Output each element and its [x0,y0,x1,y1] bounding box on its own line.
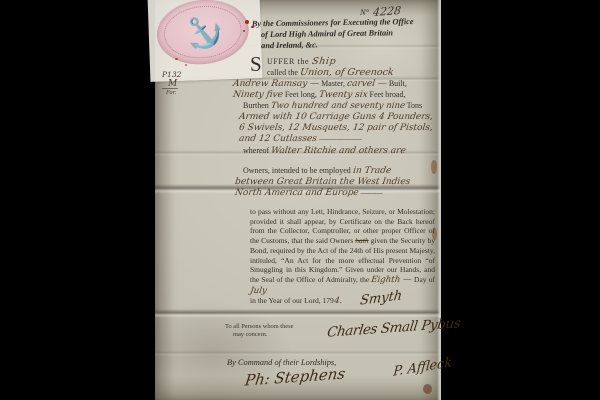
employed-line-2: between Great Britain the West Indies [235,177,410,187]
employed-fill-2: between Great Britain the West Indies [234,177,411,187]
length-label: Feet long, [285,90,317,99]
secretary-signature: Ph: Stephens [244,364,347,389]
called-the: called the [267,68,298,77]
dimensions-line: Ninety five Feet long, Twenty six Feet b… [233,90,406,100]
armed-text-1: Armed with 10 Carriage Guns 4 Pounders, [238,112,433,122]
ink-stain [423,384,432,394]
suffer-word: UFFER [267,57,295,66]
to-all-persons-note: To all Persons whom these may concern. [225,323,293,340]
day-fill: Eighth — [371,276,413,286]
employed-fill-3: North America and Europe [234,188,359,198]
day-of-label: Day of [414,275,435,284]
fold-crease [155,350,440,356]
breadth-fill: Twenty six [318,90,368,100]
owners-line: Owners, intended to be employed in Trade [243,166,391,176]
suffer-dropcap: S [250,54,262,75]
owners-label: Owners, intended to be employed [243,166,351,175]
commissioners-heading: By the Commissioners for Executing the O… [252,17,440,52]
red-wax-spot [243,30,245,32]
master-line: Andrew Ramsay — Master, carvel — Built, [233,79,407,89]
suffer-the: the [298,57,310,66]
armament-line-1: Armed with 10 Carriage Guns 4 Pounders, [239,112,433,122]
blank-rule: —————— [319,134,361,143]
heading-line-3: and Ireland, &c. [252,38,440,51]
year-fill: 4. [333,297,343,307]
owners-fill: Walter Ritchie and others are [271,146,407,156]
number-label: N° [360,7,369,17]
called-line: called the Union, of Greenock [267,68,393,78]
margin-mark-1: P132 [162,70,181,79]
whereof-label: whereof [243,146,269,155]
built-label: Built, [389,79,407,88]
length-fill: Ninety five [232,90,283,100]
armament-line-2: 6 Swivels, 12 Musquets, 12 pair of Pisto… [239,123,433,133]
struck-word: hath [355,236,368,245]
fold-crease [155,309,440,318]
red-wax-spot [245,20,249,24]
margin-mark-2: M [162,80,178,90]
armed-text-2: 6 Swivels, 12 Musquets, 12 pair of Pisto… [238,123,433,133]
admiralty-seal: ⚓ [154,0,252,69]
burthen-line: Burthen Two hundred and seventy nine Ton… [243,101,422,111]
persons-line-2: may concern. [225,331,267,338]
burthen-fill: Two hundred and seventy nine [270,101,405,111]
breadth-label: Feet broad, [370,90,406,99]
armed-text-3: and 12 Cutlasses [238,134,317,144]
whereof-line: whereof Walter Ritchie and others are [243,146,406,156]
paper-backing-edge [437,0,441,400]
employed-fill-1: in Trade [352,166,392,176]
margin-marks: P132 M Far. [162,71,181,98]
red-wax-spot [185,64,187,66]
blank-rule-2: ——— [361,188,382,197]
legal-paragraph: to pass without any Lett, Hindrance, Sei… [250,207,435,307]
month-fill: July [249,287,267,297]
red-wax-spot [175,58,178,60]
margin-mark-3: Far. [162,89,181,98]
tons-label: Tons [407,101,422,110]
document-sheet: ⚓ N° 4228 P132 M Far. By the Commissione… [155,0,440,400]
suffer-line: UFFER the Ship [267,57,336,67]
commissioner-signature-2: Charles Small Pybus [326,315,461,341]
photo-of-admiralty-pass: ⚓ N° 4228 P132 M Far. By the Commissione… [0,0,600,400]
burthen-label: Burthen [243,101,269,110]
commissioner-signature-3: P. Affleck [393,355,453,380]
employed-line-3: North America and Europe ——— [235,188,382,198]
master-name: Andrew Ramsay — [232,79,319,89]
heading-line-1: By the Commissioners for Executing the O… [252,17,414,28]
year-label: in the Year of our Lord, 179 [250,296,334,305]
persons-line-1: To all Persons whom these [225,323,293,330]
ship-name: Union, of Greenock [299,68,394,78]
armament-line-3: and 12 Cutlasses —————— [239,134,361,144]
built-fill: carvel — [346,79,387,89]
ship-word: Ship [311,57,337,67]
master-label: Master, [321,79,345,88]
